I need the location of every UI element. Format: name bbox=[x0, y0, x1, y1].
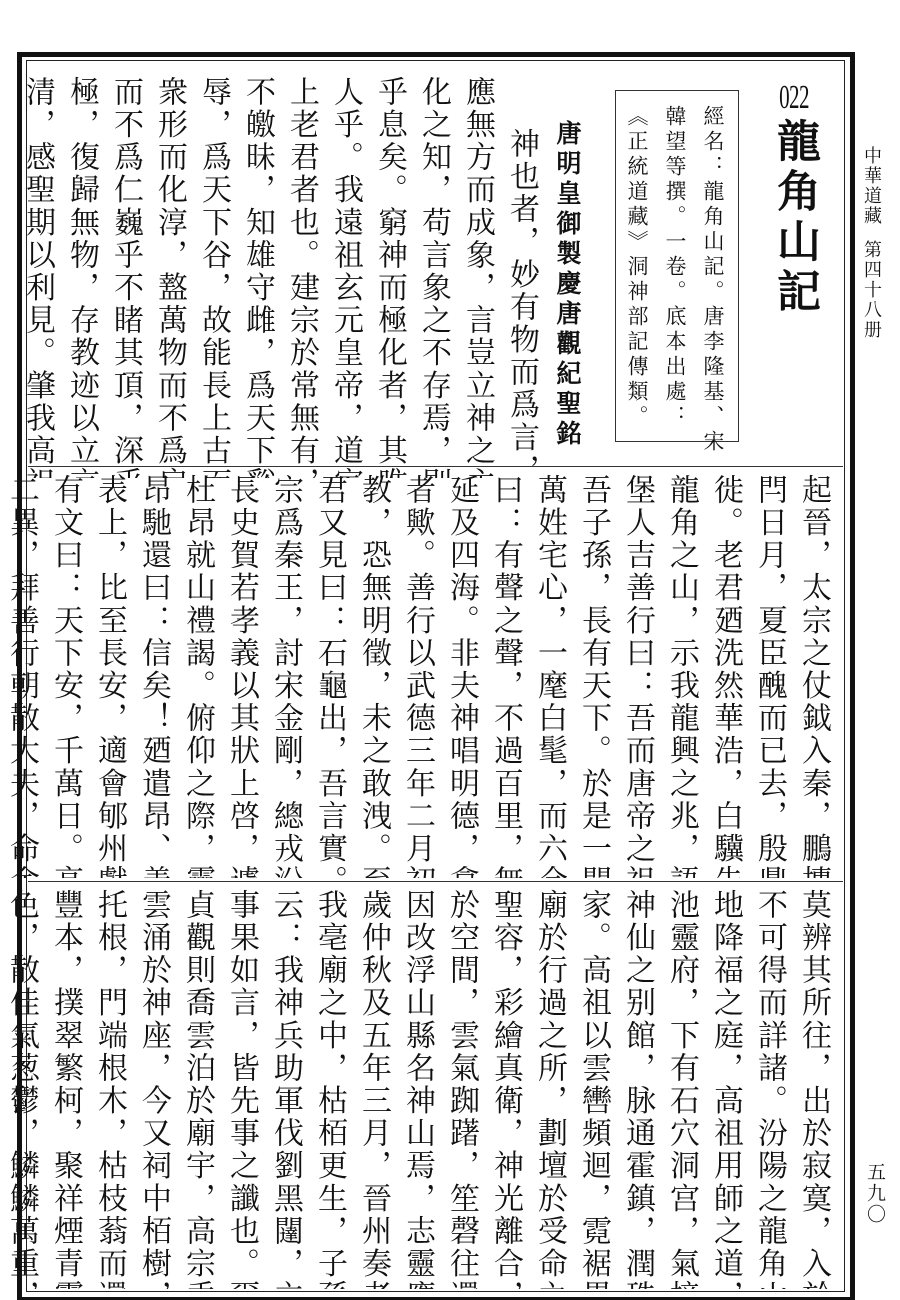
text-column: 家。高祖以雲轡頻迴，霓裾累襲，故版 bbox=[571, 889, 615, 1289]
note-line: 經名：龍角山記。唐李隆基、宋 bbox=[694, 105, 732, 441]
bibliographic-note-box: 經名：龍角山記。唐李隆基、宋 韓望等撰。一卷。底本出處： 《正統道藏》洞神部記傳… bbox=[615, 90, 739, 442]
text-column: 清，感聖期以利見。肇我高祖之提劍 bbox=[15, 76, 59, 478]
text-column: 起晉，太宗之仗鉞入秦，鵬摶風雲，麟 bbox=[791, 474, 835, 878]
text-title: 龍角山記 bbox=[762, 118, 826, 318]
middle-band: 起晉，太宗之仗鉞入秦，鵬摶風雲，麟 閂日月，夏臣醜而已去，殷鼎輕而未 徙。老君廼… bbox=[28, 474, 843, 878]
text-column: 二異，拜善行朝散大夫，命舍人柳憲往 bbox=[0, 474, 43, 878]
note-line: 韓望等撰。一卷。底本出處： bbox=[656, 105, 694, 441]
text-column: 人乎。我遠祖玄元皇帝，道家所號太 bbox=[323, 76, 367, 478]
collection-name: 中華道藏 bbox=[861, 146, 882, 226]
margin-volume-label: 中華道藏第四十八册 bbox=[858, 146, 884, 340]
text-column: 長史賀若孝義以其狀上啓，遽使親信 bbox=[219, 474, 263, 878]
text-column: 豐本，撲翠繁柯，聚祥煙青靄，默默一 bbox=[43, 889, 87, 1289]
text-column: 極，復歸無物，存教迹以立言，奄有太 bbox=[59, 76, 103, 478]
middle-band-columns: 起晉，太宗之仗鉞入秦，鵬摶風雲，麟 閂日月，夏臣醜而已去，殷鼎輕而未 徙。老君廼… bbox=[0, 474, 835, 878]
text-column: 於空間，雲氣踟躇，笙磬往還於天路， bbox=[439, 889, 483, 1289]
text-column: 上老君者也。建宗於常無有，立行於 bbox=[279, 76, 323, 478]
text-column: 托根，門端根木，枯枝蓊而還茂，疊黛 bbox=[87, 889, 131, 1289]
text-column: 杜昂就山禮謁。俯仰之際，靈貌察焉。 bbox=[175, 474, 219, 878]
text-title-block: 022 龍角山記 bbox=[759, 80, 829, 318]
text-column: 者歟。善行以武德三年二月初奉神 bbox=[395, 474, 439, 878]
text-column: 聖容，彩繪真衛，神光離合，殿堂宛轉 bbox=[483, 889, 527, 1289]
top-band-columns: 神也者，妙有物而爲言，化也者， 應無方而成象，言豈立神之主，象微宰 化之知，苟言… bbox=[15, 76, 543, 478]
text-column: 教，恐無明徵，未之敢洩。至四月，老 bbox=[351, 474, 395, 878]
text-column: 堡人吉善行曰：吾而唐帝之祖也，告 bbox=[615, 474, 659, 878]
text-column: 徙。老君廼洗然華浩，白驥朱髦，見此 bbox=[703, 474, 747, 878]
text-column: 化之知，苟言象之不存焉，則神化或幾 bbox=[411, 76, 455, 478]
text-column: 君又見曰：石龜出，吾言實。于時太 bbox=[307, 474, 351, 878]
text-column: 雲涌於神座，今又祠中栢樹，蒲萄褭而 bbox=[131, 889, 175, 1289]
text-column: 貞觀則喬雲泊於廟宇，高宗垂拱則卿 bbox=[175, 889, 219, 1289]
text-column: 閂日月，夏臣醜而已去，殷鼎輕而未 bbox=[747, 474, 791, 878]
text-column: 神仙之别館，脉通霍鎮，潤珠玉之鄰 bbox=[615, 889, 659, 1289]
band-divider-2 bbox=[28, 881, 843, 882]
text-column: 曰：有聲之聲，不過百里，無聲之聲， bbox=[483, 474, 527, 878]
text-column: 不可得而詳諸。汾陽之龍角山者，天 bbox=[747, 889, 791, 1289]
text-column: 廟於行過之所，劃壇於受命之場，刻飾 bbox=[527, 889, 571, 1289]
text-column: 池靈府，下有石穴洞宫，氣接姑射，集 bbox=[659, 889, 703, 1289]
text-column: 宗爲秦王，討宋金剛，總戎汾絳，晉州 bbox=[263, 474, 307, 878]
text-column: 昂馳還曰：信矣！廼遣昂、善行乘馹 bbox=[131, 474, 175, 878]
top-band: 022 龍角山記 經名：龍角山記。唐李隆基、宋 韓望等撰。一卷。底本出處： 《正… bbox=[28, 62, 843, 464]
text-column: 表上，比至長安，適會郇州獻瑞石龜， bbox=[87, 474, 131, 878]
text-column: 有文曰：天下安，千萬日。高祖徵其 bbox=[43, 474, 87, 878]
text-column: 因改浮山縣名神山焉，志靈應也。是 bbox=[395, 889, 439, 1289]
page-number: 五九〇 bbox=[862, 1162, 889, 1225]
text-column: 云：我神兵助軍伐劉黑闥，立夏當平。 bbox=[263, 889, 307, 1289]
text-column: 不皦昧，知雄守雌，爲天下谿，知白守 bbox=[235, 76, 279, 478]
text-column: 乎息矣。窮神而極化者，其唯至聖之 bbox=[367, 76, 411, 478]
text-column: 事果如言，皆先事之讖也。爾後太宗 bbox=[219, 889, 263, 1289]
band-divider-1 bbox=[28, 466, 843, 467]
text-column: 莫辨其所往，出於寂寞，入於惚恍，蓋 bbox=[791, 889, 835, 1289]
note-line: 《正統道藏》洞神部記傳類。 bbox=[618, 105, 656, 441]
text-column: 辱，爲天下谷，故能長上古而日新，雕 bbox=[191, 76, 235, 478]
volume-number: 第四十八册 bbox=[861, 240, 882, 340]
text-column: 龍角之山，示我龍興之兆，語絳州大通 bbox=[659, 474, 703, 878]
text-column: 應無方而成象，言豈立神之主，象微宰 bbox=[455, 76, 499, 478]
bottom-band-columns: 莫辨其所往，出於寂寞，入於惚恍，蓋 不可得而詳諸。汾陽之龍角山者，天 地降福之庭… bbox=[0, 889, 835, 1289]
text-column: 地降福之庭，高祖用師之道，峰上有華 bbox=[703, 889, 747, 1289]
text-column: 色，散佳氣葱鬱，鱗鱗萬重，識者以爲 bbox=[0, 889, 43, 1289]
text-column: 而不爲仁巍乎不睹其頂，深乎不測其 bbox=[103, 76, 147, 478]
text-column: 延及四海。非夫神唱明德，翕叶人祇 bbox=[439, 474, 483, 878]
text-column: 吾子孫，長有天下。於是一開赤伏，而 bbox=[571, 474, 615, 878]
text-column: 歲仲秋及五年三月，晉州奏老君言： bbox=[351, 889, 395, 1289]
text-column: 萬姓宅心，一麾白髦，而六合大定。傳 bbox=[527, 474, 571, 878]
text-number: 022 bbox=[772, 80, 815, 116]
text-column: 衆形而化淳，盩萬物而不爲戾，澤萬代 bbox=[147, 76, 191, 478]
bottom-band: 莫辨其所往，出於寂寞，入於惚恍，蓋 不可得而詳諸。汾陽之龍角山者，天 地降福之庭… bbox=[28, 889, 843, 1289]
text-column: 神也者，妙有物而爲言，化也者， bbox=[499, 76, 543, 478]
text-column: 我亳廟之中，枯栢更生，子孫當王。又 bbox=[307, 889, 351, 1289]
section-heading: 唐明皇御製慶唐觀紀聖銘 bbox=[549, 120, 585, 450]
